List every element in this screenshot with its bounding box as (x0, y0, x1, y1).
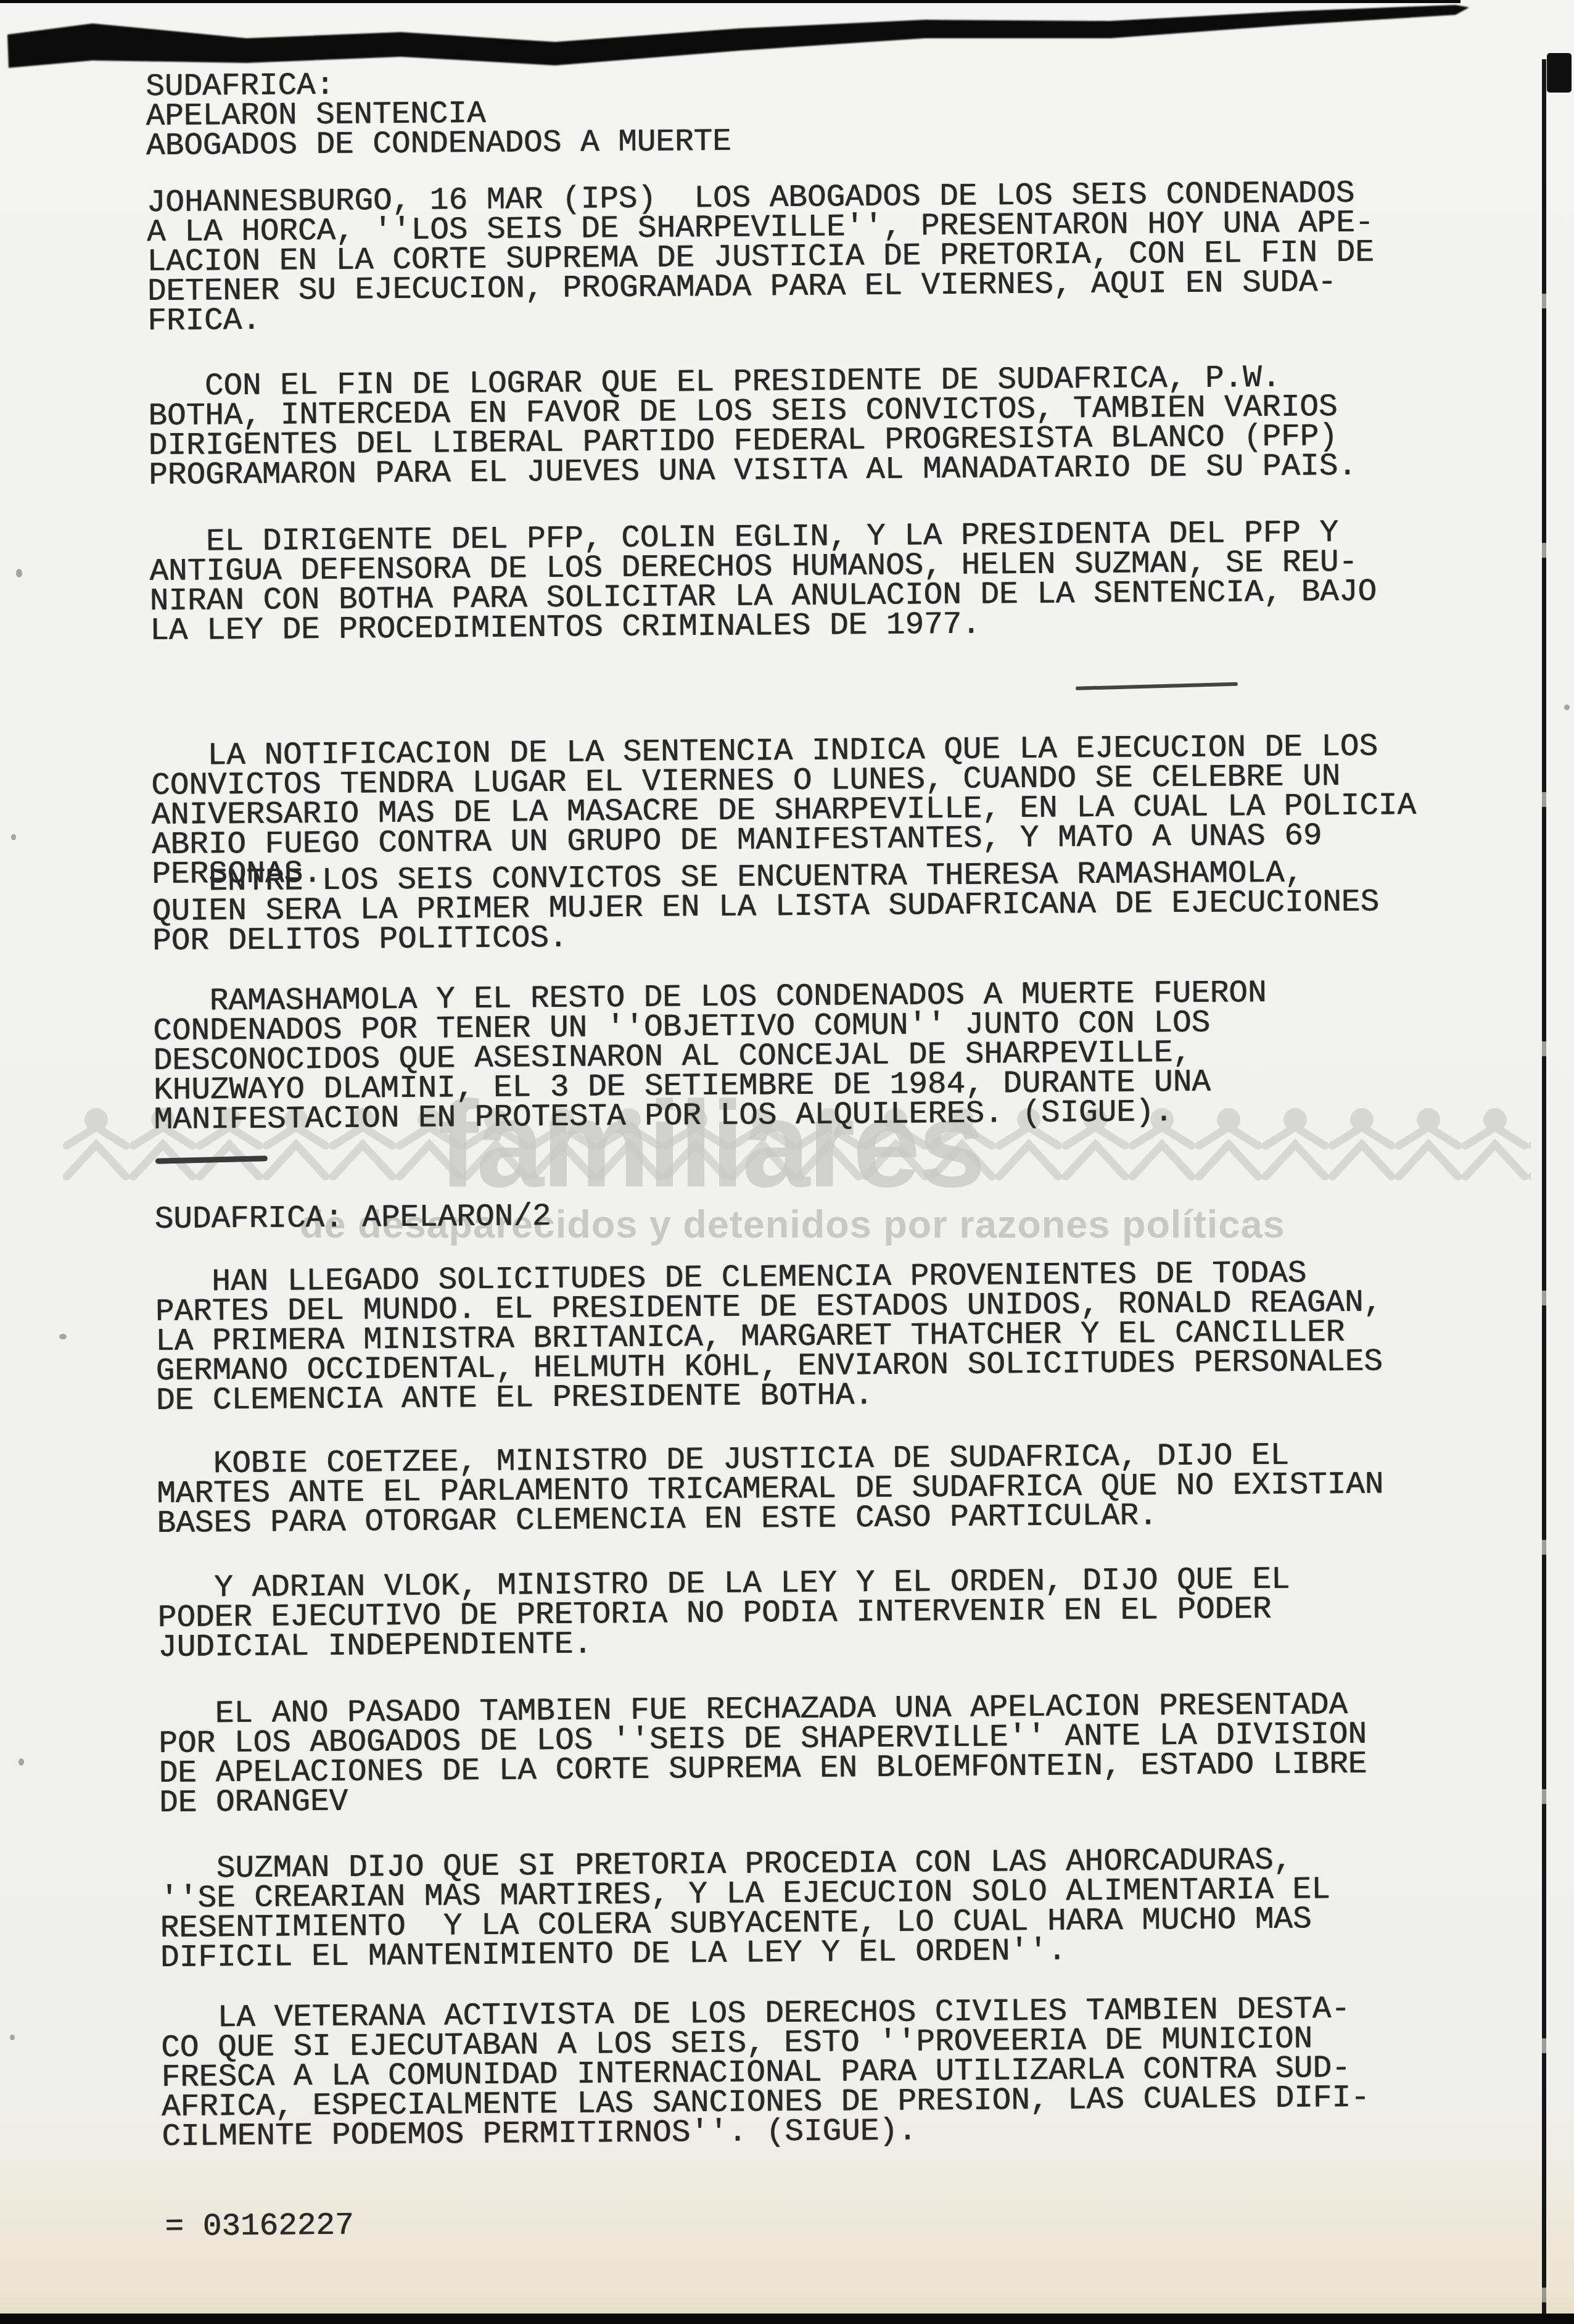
paragraph: RAMASHAMOLA Y EL RESTO DE LOS CONDENADOS… (153, 979, 1268, 1136)
typed-text-layer: SUDAFRICA: APELARON SENTENCIA ABOGADOS D… (0, 0, 1574, 2324)
scan-speck (16, 569, 22, 577)
scan-strip-top (0, 0, 1461, 3)
scan-speck (10, 2035, 15, 2040)
strikethrough-mark (1075, 682, 1237, 690)
scan-speck (19, 1758, 24, 1766)
paragraph: EL ANO PASADO TAMBIEN FUE RECHAZADA UNA … (159, 1691, 1367, 1819)
section-heading: SUDAFRICA: APELARON/2 (154, 1202, 551, 1235)
scan-speck (59, 1334, 67, 1339)
scan-speck (11, 834, 16, 840)
scan-mark-top-right (1547, 53, 1572, 93)
scanned-document-page: familiares de desaparecidos y detenidos … (0, 0, 1574, 2324)
paragraph: ENTRE LOS SEIS CONVICTOS SE ENCUENTRA TH… (152, 858, 1379, 957)
scan-bar-bottom (0, 2314, 1574, 2324)
paragraph: HAN LLEGADO SOLICITUDES DE CLEMENCIA PRO… (155, 1259, 1383, 1416)
footer-code: = 03162227 (165, 2212, 353, 2243)
scan-speck (1564, 705, 1570, 710)
paragraph: EL DIRIGENTE DEL PFP, COLIN EGLIN, Y LA … (149, 518, 1377, 647)
paragraph: LA VETERANA ACTIVISTA DE LOS DERECHOS CI… (161, 1995, 1370, 2152)
paragraph: KOBIE COETZEE, MINISTRO DE JUSTICIA DE S… (157, 1441, 1384, 1539)
paragraph: JOHANNESBURGO, 16 MAR (IPS) LOS ABOGADOS… (146, 180, 1374, 337)
scan-edge-line-right (1542, 59, 1546, 2315)
paragraph: Y ADRIAN VLOK, MINISTRO DE LA LEY Y EL O… (157, 1566, 1290, 1663)
scan-smear-top (0, 4, 1574, 96)
paragraph: SUZMAN DIJO QUE SI PRETORIA PROCEDIA CON… (160, 1846, 1331, 1974)
separator-dash (155, 1156, 268, 1164)
paragraph: CON EL FIN DE LOGRAR QUE EL PRESIDENTE D… (148, 363, 1357, 491)
